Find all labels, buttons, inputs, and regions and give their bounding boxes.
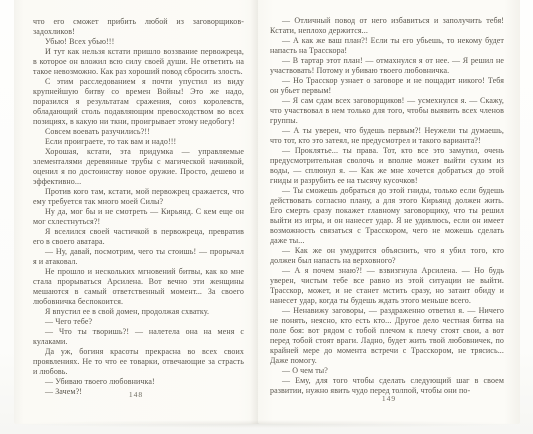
paragraph: Я впустил ее в свой домен, продолжая схв… — [33, 307, 244, 317]
book-scan-photo: что его сможет прибить любой из заговорщ… — [0, 0, 533, 434]
paragraph: — Убиваю твоего любовничка! — [33, 377, 244, 387]
paragraph: Убью! Всех убью!!! — [33, 37, 244, 47]
paragraph: — А как же ваш план?! Если ты его убьешь… — [270, 36, 504, 56]
left-page-number: 148 — [14, 390, 258, 399]
paragraph: что его сможет прибить любой из заговорщ… — [33, 17, 244, 37]
paragraph: — Чего тебе? — [33, 317, 244, 327]
paragraph: — Проклятье... ты права. Тот, кто все эт… — [270, 146, 504, 186]
paragraph: Если проиграете, то так вам и надо!!! — [33, 137, 244, 147]
paragraph: Хорошая, кстати, эта придумка — управляе… — [33, 147, 244, 187]
left-page-text: что его сможет прибить любой из заговорщ… — [33, 17, 244, 397]
paragraph: Против кого там, кстати, мой первожрец с… — [33, 187, 244, 207]
paragraph: Да уж, богиня красоты прекрасна во всех … — [33, 347, 244, 377]
paragraph: С этим расследованием я почти упустил из… — [33, 77, 244, 127]
paragraph: — А ты уверен, что будешь первым?! Неуже… — [270, 126, 504, 146]
paragraph: — А я почем знаю?! — взвизгнула Арсилена… — [270, 266, 504, 306]
book-page-left: что его сможет прибить любой из заговорщ… — [14, 0, 258, 424]
paragraph: — Но Трасскор узнает о заговоре и не пощ… — [270, 76, 504, 96]
paragraph: — В тартар этот план! — отмахнулся я от … — [270, 56, 504, 76]
right-page-number: 149 — [258, 394, 520, 403]
book-bottom-shadow — [10, 420, 520, 428]
paragraph: Ну да, мог бы и не смотреть — Кирьянд. С… — [33, 207, 244, 227]
paragraph: Совсем воевать разучились?!! — [33, 127, 244, 137]
paragraph: — Как же он умудрится объяснить, что я у… — [270, 246, 504, 266]
paragraph: — Ему, для того чтобы сделать следующий … — [270, 376, 504, 396]
paragraph: Я вселился своей частичкой в первожреца,… — [33, 227, 244, 247]
right-page-text: — Отличный повод от него избавиться и за… — [270, 16, 504, 396]
paragraph: — Что ты творишь?! — налетела она на мен… — [33, 327, 244, 347]
paragraph: И тут как нельзя кстати пришло воззвание… — [33, 47, 244, 77]
paragraph: — О чем ты? — [270, 366, 504, 376]
book-page-right: — Отличный повод от него избавиться и за… — [258, 0, 520, 424]
paragraph: — Ты сможешь добраться до этой гниды, то… — [270, 186, 504, 246]
paragraph: — Я сам сдам всех заговорщиков! — усмехн… — [270, 96, 504, 126]
paragraph: — Отличный повод от него избавиться и за… — [270, 16, 504, 36]
paragraph: — Ненавижу заговоры, — раздраженно ответ… — [270, 306, 504, 366]
paragraph: — Ну, давай, посмотрим, чего ты стоишь! … — [33, 247, 244, 267]
paragraph: Не прошло и нескольких мгновений битвы, … — [33, 267, 244, 307]
